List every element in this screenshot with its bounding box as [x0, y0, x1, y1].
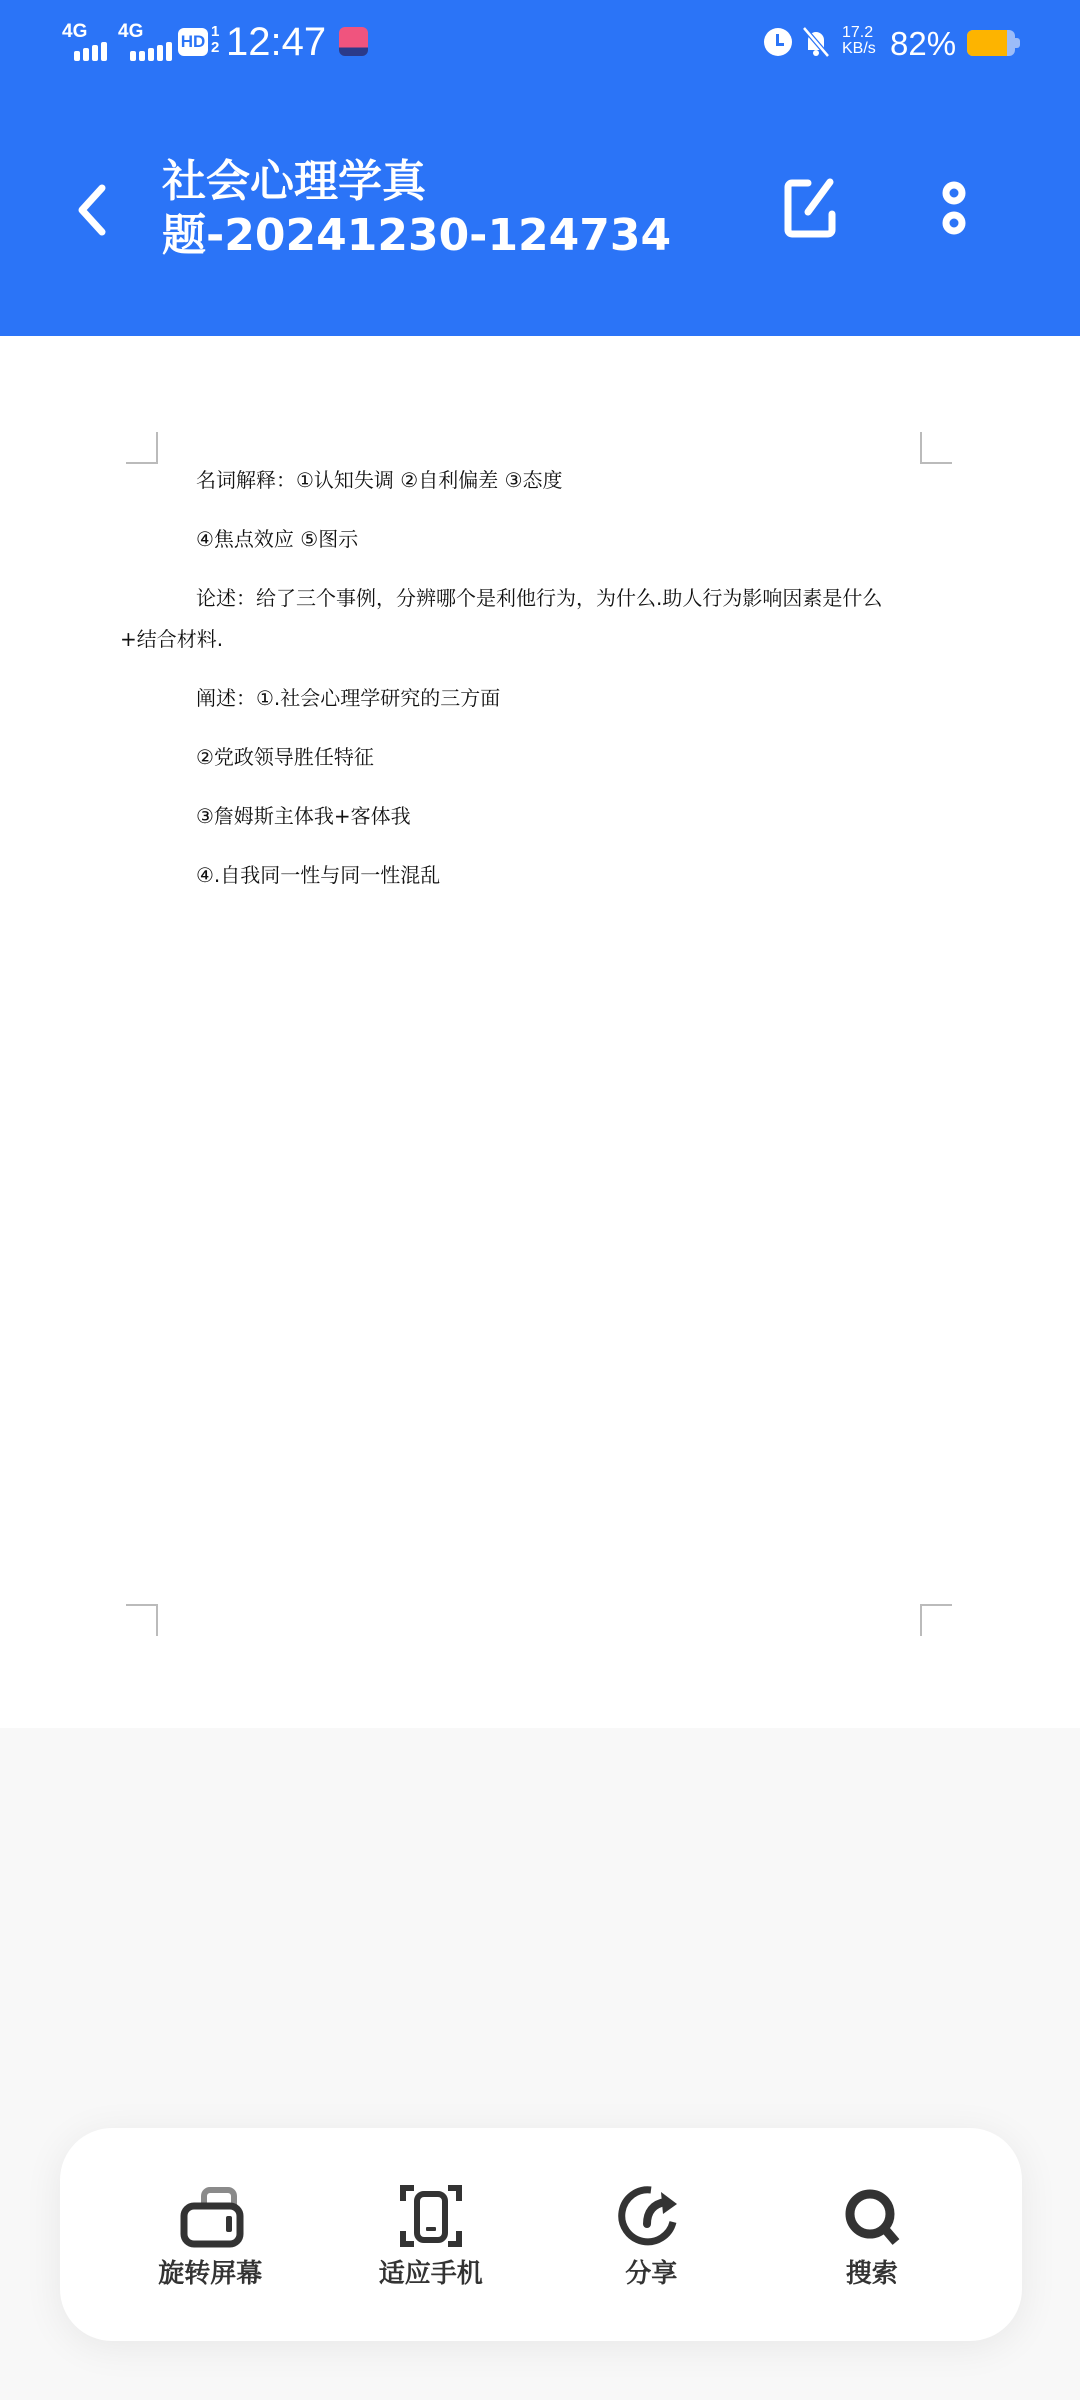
clock: 12:47: [226, 18, 326, 66]
fit-phone-icon: [395, 2180, 467, 2252]
page-corner-mark: [126, 1604, 158, 1636]
page-corner-mark: [126, 432, 158, 464]
paragraph: ④.自我同一性与同一性混乱: [158, 855, 918, 896]
net-speed: 17.2 KB/s: [842, 25, 876, 57]
rotate-screen-label: 旋转屏幕: [158, 2258, 262, 2290]
document-body: 名词解释：①认知失调 ②自利偏差 ③态度 ④焦点效应 ⑤图示 论述：给了三个事例…: [158, 460, 918, 914]
paragraph: ②党政领导胜任特征: [158, 737, 918, 778]
app-header: 4G 4G HD 12 12:47 17.2 KB/s 82% 社会心理学真题-…: [0, 0, 1080, 336]
bottom-toolbar: 旋转屏幕 适应手机 分享 搜索: [60, 2128, 1022, 2341]
edit-icon: [788, 182, 832, 234]
battery-percent: 82%: [890, 24, 956, 64]
search-icon: [836, 2180, 908, 2252]
mute-bell-icon: [802, 26, 830, 58]
alarm-icon: [764, 28, 792, 56]
hd-icon: HD: [178, 28, 208, 56]
network-type-label: 4G: [118, 22, 143, 41]
back-button[interactable]: [68, 170, 118, 250]
share-label: 分享: [625, 2258, 677, 2290]
edit-button[interactable]: [782, 176, 842, 240]
paragraph: 阐述：①.社会心理学研究的三方面: [158, 678, 918, 719]
paragraph: 论述：给了三个事例，分辨哪个是利他行为，为什么.助人行为影响因素是什么+结合材料…: [120, 578, 918, 660]
paragraph: 名词解释：①认知失调 ②自利偏差 ③态度: [158, 460, 918, 501]
bilibili-app-icon: [339, 27, 368, 56]
battery-icon: [967, 30, 1015, 56]
paragraph: ④焦点效应 ⑤图示: [158, 519, 918, 560]
page-corner-mark: [920, 1604, 952, 1636]
document-title: 社会心理学真题-20241230-124734: [162, 155, 722, 263]
page-corner-mark: [920, 432, 952, 464]
search-label: 搜索: [846, 2258, 898, 2290]
network-type-label: 4G: [62, 22, 87, 41]
hd-sim-label: 12: [211, 24, 219, 56]
net-speed-unit: KB/s: [842, 41, 876, 57]
rotate-screen-button[interactable]: 旋转屏幕: [110, 2128, 310, 2341]
search-button[interactable]: 搜索: [772, 2128, 972, 2341]
fit-phone-label: 适应手机: [379, 2258, 483, 2290]
share-icon: [615, 2180, 687, 2252]
rotate-lock-icon: [174, 2180, 246, 2252]
share-button[interactable]: 分享: [551, 2128, 751, 2341]
status-bar: 4G 4G HD 12 12:47 17.2 KB/s 82%: [0, 0, 1080, 86]
chevron-left-icon: [82, 188, 102, 232]
fit-phone-button[interactable]: 适应手机: [331, 2128, 531, 2341]
net-speed-value: 17.2: [842, 25, 876, 41]
paragraph: ③詹姆斯主体我+客体我: [158, 796, 918, 837]
document-page[interactable]: 名词解释：①认知失调 ②自利偏差 ③态度 ④焦点效应 ⑤图示 论述：给了三个事例…: [0, 336, 1080, 1728]
more-vertical-icon: [946, 185, 962, 231]
more-button[interactable]: [936, 176, 972, 240]
